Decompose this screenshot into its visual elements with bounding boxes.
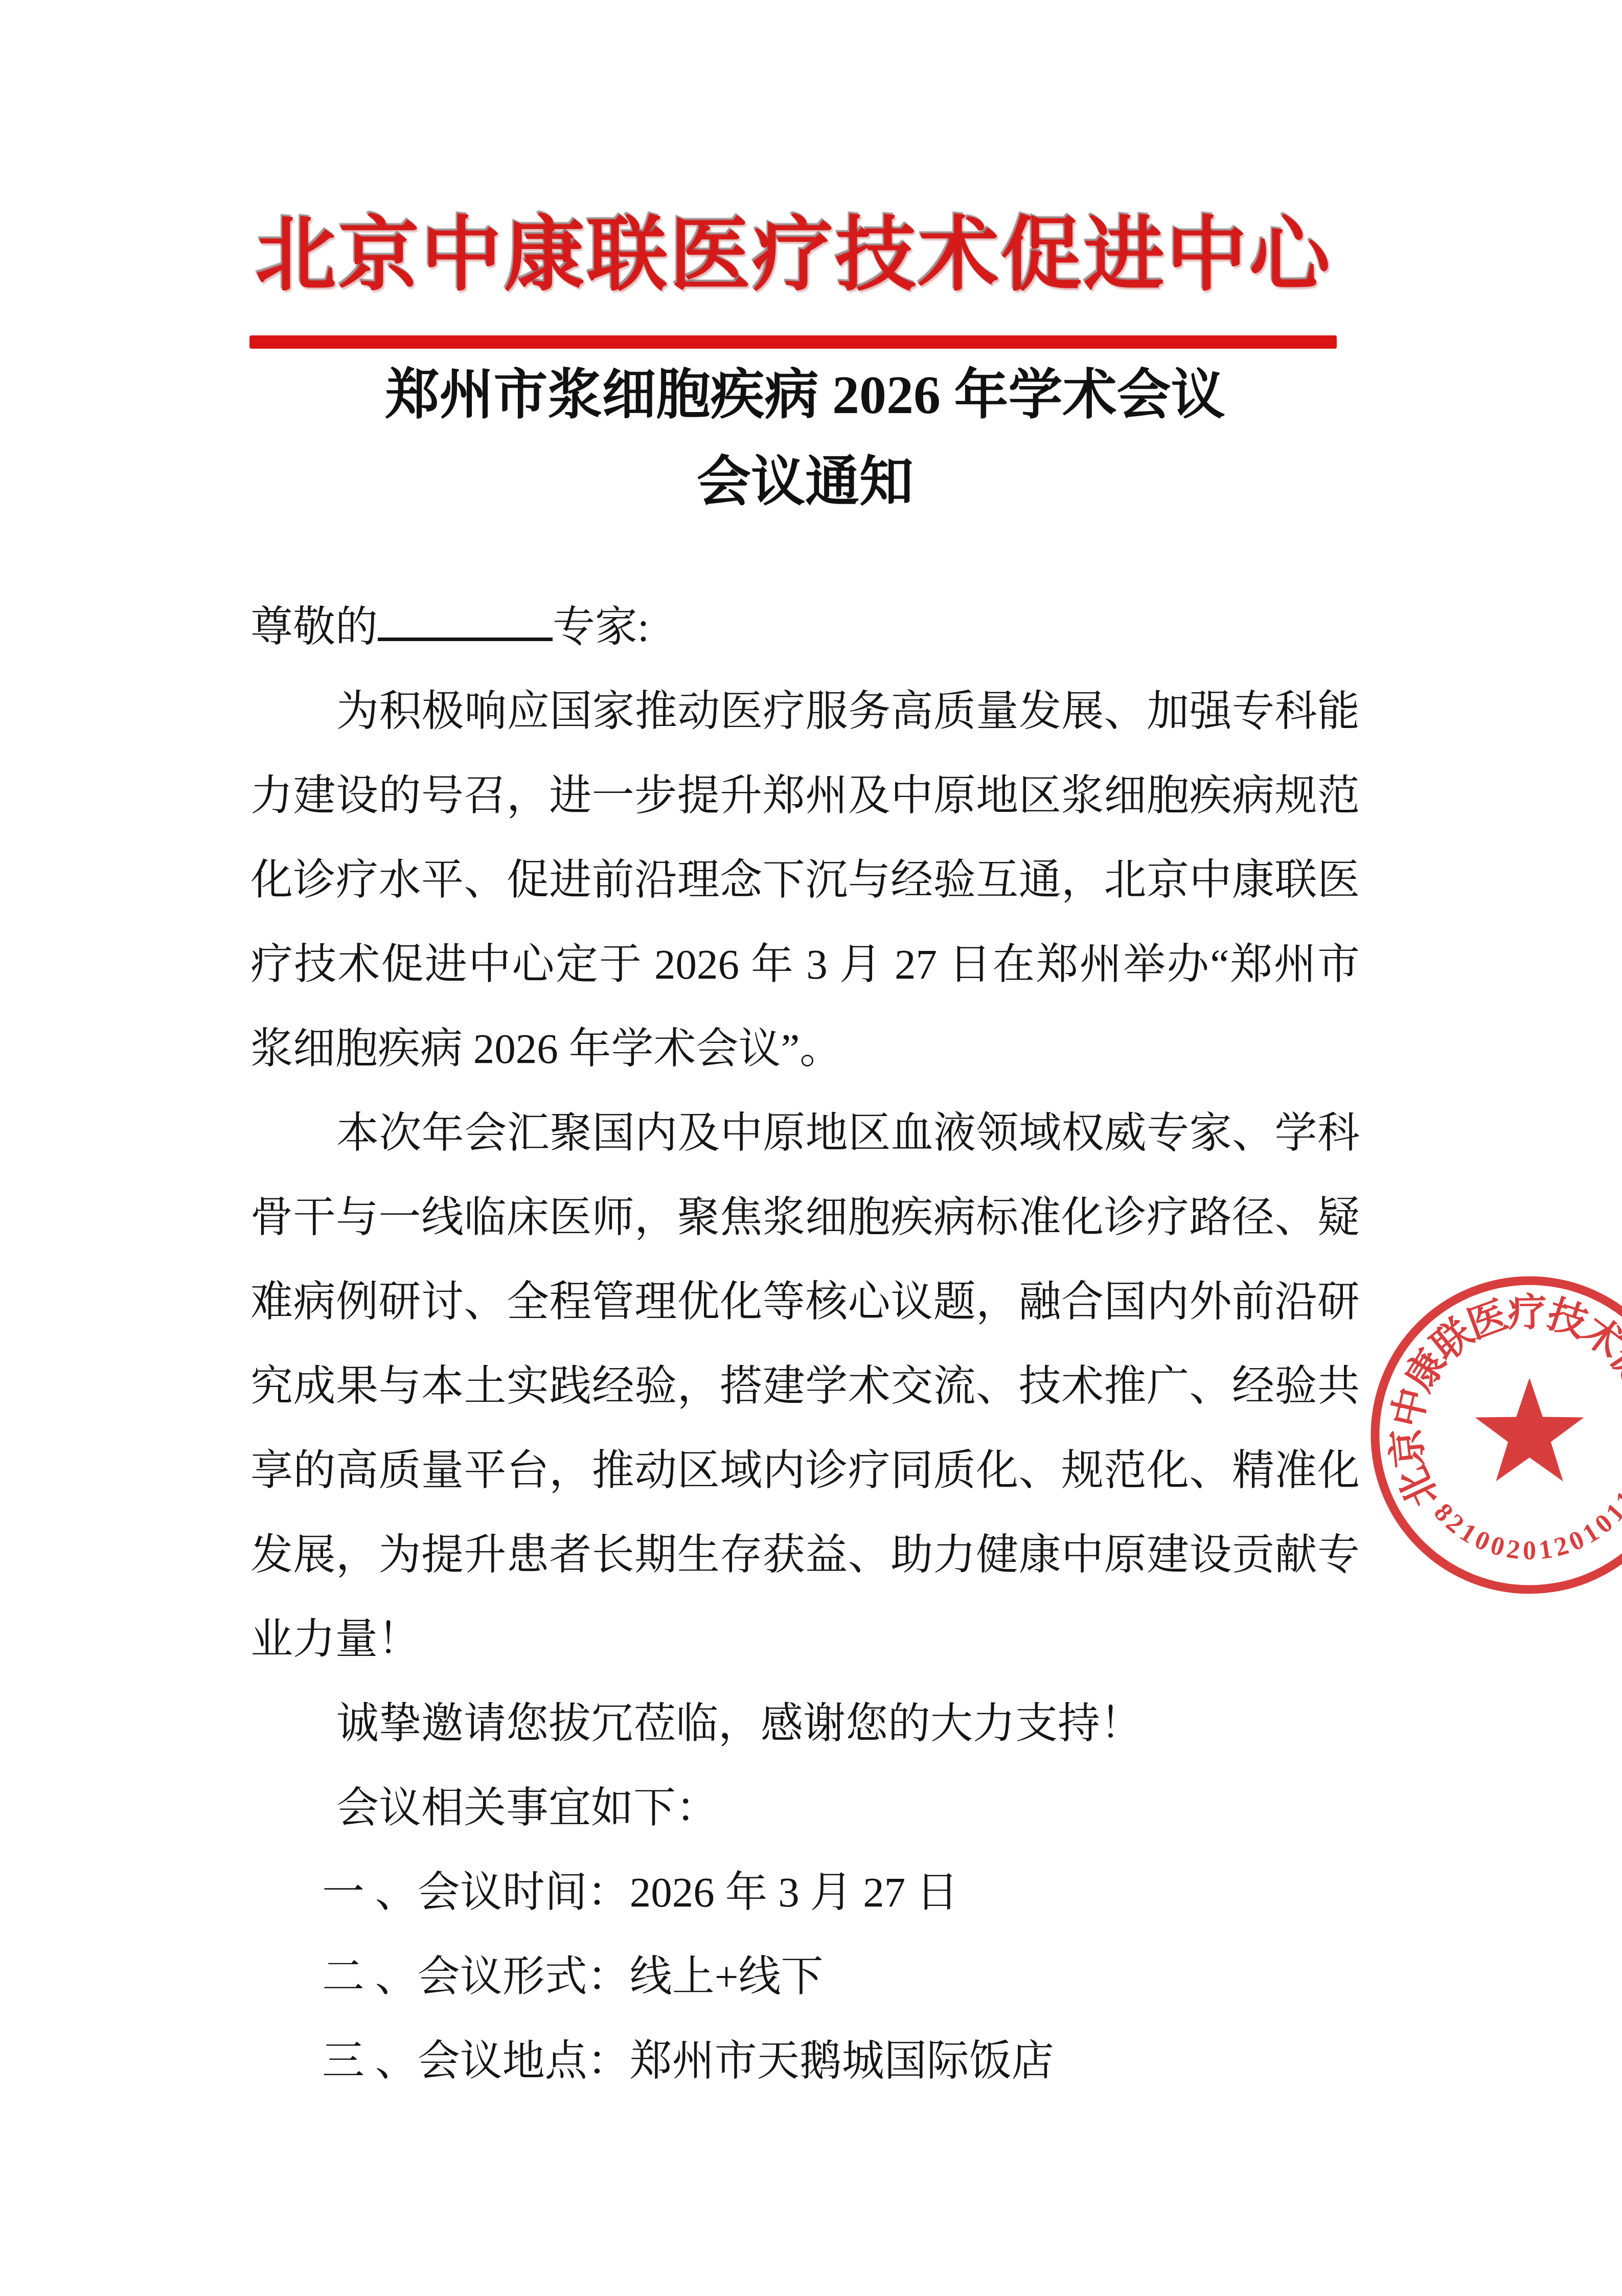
body-line: 为积极响应国家推动医疗服务高质量发展、加强专科能 [250,669,1360,754]
name-blank-line [378,595,553,641]
body-line: 诚挚邀请您拔冗莅临，感谢您的大力支持！ [250,1681,1360,1766]
official-seal: 北京中康联医疗技术促进中心 11010210200128 [1361,1266,1622,1604]
body-line: 本次年会汇聚国内及中原地区血液领域权威专家、学科 [250,1091,1360,1175]
letter-body: 尊敬的专家:为积极响应国家推动医疗服务高质量发展、加强专科能力建设的号召，进一步… [250,585,1360,2103]
list-item: 三 、会议地点：郑州市天鹅城国际饭店 [250,2019,1360,2103]
svg-text:京: 京 [1385,1426,1431,1469]
body-line: 难病例研讨、全程管理优化等核心议题，融合国内外前沿研 [250,1260,1360,1344]
svg-text:疗: 疗 [1507,1291,1547,1334]
list-item: 一 、会议时间：2026 年 3 月 27 日 [250,1850,1360,1935]
header-rule [249,335,1337,349]
salutation-suffix: 专家: [553,603,649,650]
body-line: 享的高质量平台，推动区域内诊疗同质化、规范化、精准化 [250,1428,1360,1513]
doc-title-line1: 郑州市浆细胞疾病 2026 年学术会议 [250,352,1360,439]
body-line: 化诊疗水平、促进前沿理念下沉与经验互通，北京中康联医 [250,838,1360,922]
org-title: 北京中康联医疗技术促进中心 [249,190,1338,306]
notice-page: { "page": {"width": 3173, "height": 4491… [0,0,1622,2296]
body-line: 业力量！ [250,1597,1360,1681]
doc-title: 郑州市浆细胞疾病 2026 年学术会议 会议通知 [250,352,1360,526]
body-line: 骨干与一线临床医师，聚焦浆细胞疾病标准化诊疗路径、疑 [250,1175,1360,1260]
body-line: 疗技术促进中心定于 2026 年 3 月 27 日在郑州举办“郑州市 [250,922,1360,1007]
body-line: 力建设的号召，进一步提升郑州及中原地区浆细胞疾病规范 [250,754,1360,838]
salutation-prefix: 尊敬的 [250,603,378,650]
seal-serial-number: 11010210200128 [1428,1486,1622,1565]
star-icon [1475,1378,1584,1482]
salutation-line: 尊敬的专家: [250,585,1360,669]
body-line: 发展，为提升患者长期生存获益、助力健康中原建设贡献专 [250,1513,1360,1597]
body-line: 会议相关事宜如下： [250,1766,1360,1850]
body-line: 浆细胞疾病 2026 年学术会议”。 [250,1007,1360,1091]
svg-text:0: 0 [1523,1536,1536,1565]
doc-title-line2: 会议通知 [250,439,1360,526]
body-line: 究成果与本土实践经验，搭建学术交流、技术推广、经验共 [250,1344,1360,1428]
list-item: 二 、会议形式：线上+线下 [250,1935,1360,2019]
svg-text:1: 1 [1537,1534,1555,1565]
svg-text:2: 2 [1505,1534,1522,1565]
